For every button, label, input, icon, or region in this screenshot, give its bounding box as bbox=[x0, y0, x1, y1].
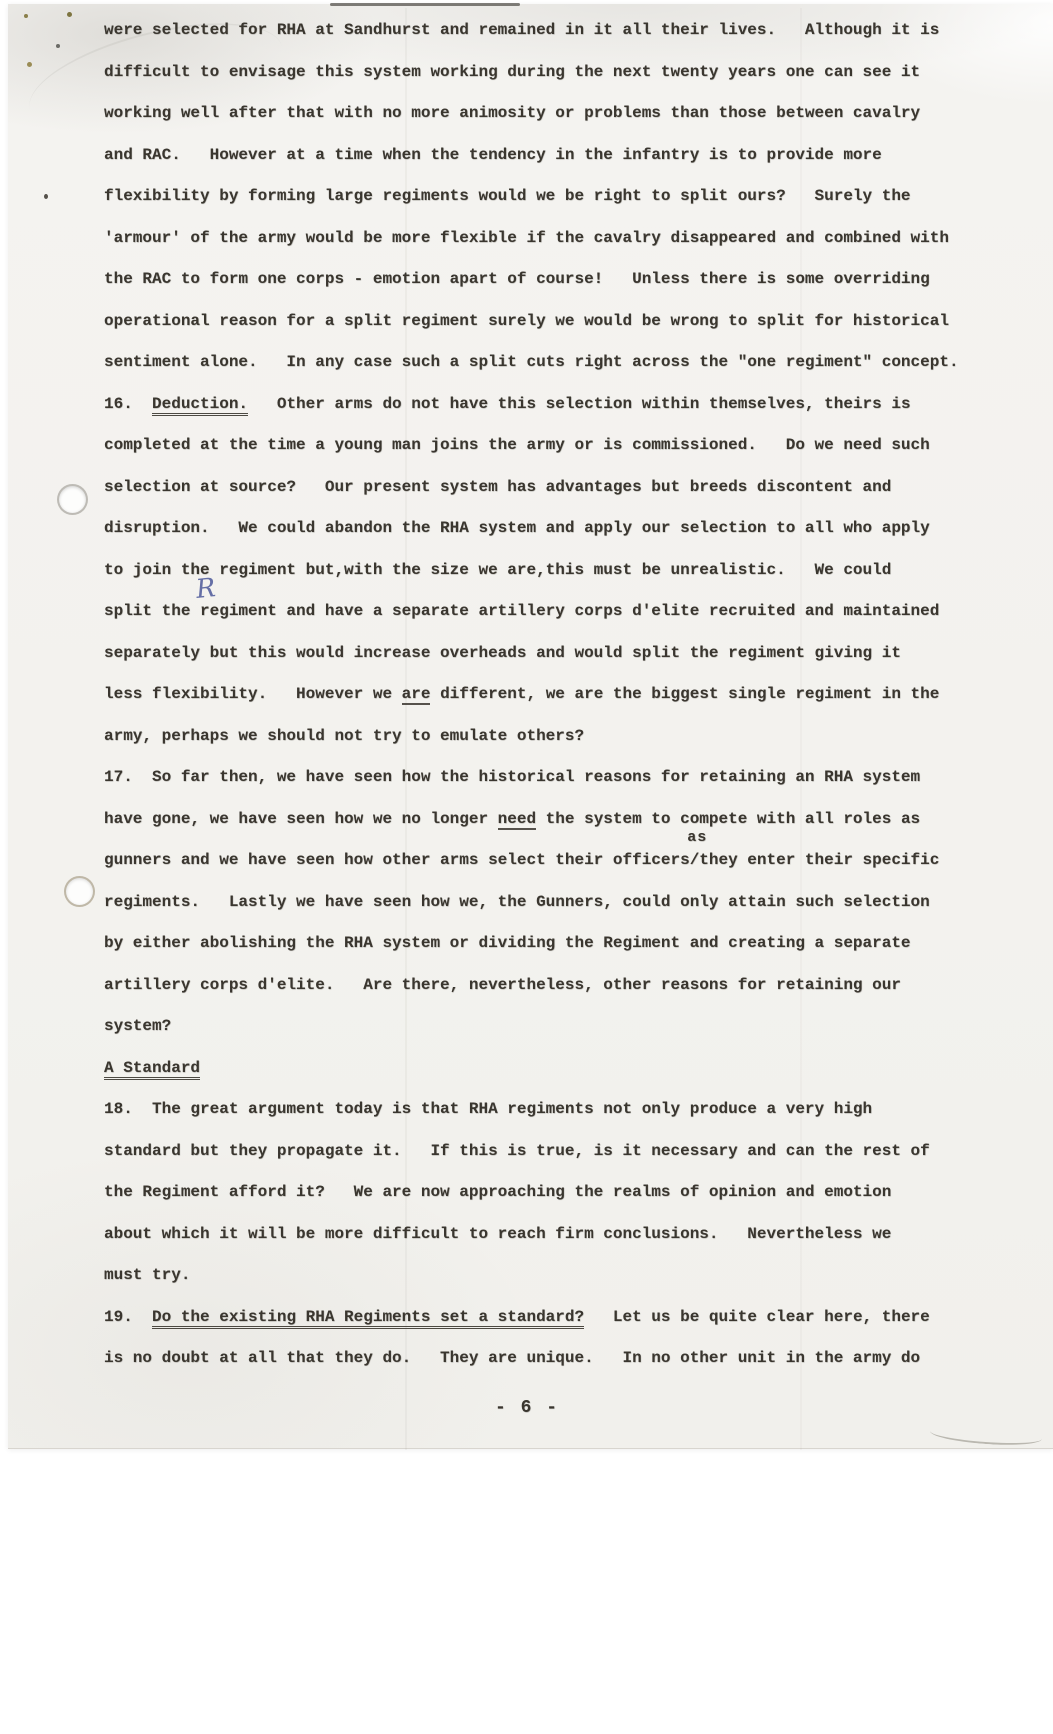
text-line: less flexibility. However we are differe… bbox=[104, 674, 964, 716]
punch-hole bbox=[59, 486, 86, 513]
text-line: to join the regiment but,with the size w… bbox=[104, 550, 964, 592]
text-segment: gunners and we have seen how other arms … bbox=[104, 851, 699, 869]
text-segment: operational reason for a split regiment … bbox=[104, 312, 949, 330]
text-segment: system? bbox=[104, 1017, 171, 1035]
text-line: split the regimentR and have a separate … bbox=[104, 591, 964, 633]
text-line: 17. So far then, we have seen how the hi… bbox=[104, 757, 964, 799]
text-line: must try. bbox=[104, 1255, 964, 1297]
text-segment: standard but they propagate it. If this … bbox=[104, 1142, 930, 1160]
typed-insertion: as bbox=[687, 830, 707, 845]
scanned-document-photo: were selected for RHA at Sandhurst and r… bbox=[0, 0, 1053, 1734]
text-segment: Do the existing RHA Regiments set a stan… bbox=[152, 1308, 584, 1329]
text-segment: 17. So far then, we have seen how the hi… bbox=[104, 768, 920, 786]
text-line: gunners and we have seen how other arms … bbox=[104, 840, 964, 882]
text-segment: by either abolishing the RHA system or d… bbox=[104, 934, 911, 952]
text-segment: have gone, we have seen how we no longer bbox=[104, 810, 498, 828]
text-line: the RAC to form one corps - emotion apar… bbox=[104, 259, 964, 301]
text-segment: about which it will be more difficult to… bbox=[104, 1225, 891, 1243]
text-line: the Regiment afford it? We are now appro… bbox=[104, 1172, 964, 1214]
text-segment: 16. bbox=[104, 395, 152, 413]
text-line: completed at the time a young man joins … bbox=[104, 425, 964, 467]
typewritten-text-block: were selected for RHA at Sandhurst and r… bbox=[104, 10, 964, 1380]
text-segment: less flexibility. However we bbox=[104, 685, 402, 703]
text-line: separately but this would increase overh… bbox=[104, 633, 964, 675]
text-line: A Standard bbox=[104, 1048, 964, 1090]
text-segment: Other arms do not have this selection wi… bbox=[248, 395, 911, 413]
staple-mark bbox=[56, 44, 60, 48]
text-segment: are bbox=[402, 685, 431, 705]
text-segment: separately but this would increase overh… bbox=[104, 644, 901, 662]
text-segment: 18. The great argument today is that RHA… bbox=[104, 1100, 872, 1118]
text-line: regiments. Lastly we have seen how we, t… bbox=[104, 882, 964, 924]
text-line: is no doubt at all that they do. They ar… bbox=[104, 1338, 964, 1380]
text-line: difficult to envisage this system workin… bbox=[104, 52, 964, 94]
text-line: selection at source? Our present system … bbox=[104, 467, 964, 509]
text-line: 19. Do the existing RHA Regiments set a … bbox=[104, 1297, 964, 1339]
text-line: disruption. We could abandon the RHA sys… bbox=[104, 508, 964, 550]
text-segment: army, perhaps we should not try to emula… bbox=[104, 727, 584, 745]
text-segment: Deduction. bbox=[152, 395, 248, 416]
text-line: by either abolishing the RHA system or d… bbox=[104, 923, 964, 965]
text-line: sentiment alone. In any case such a spli… bbox=[104, 342, 964, 384]
paper-edge-shadow bbox=[330, 3, 520, 6]
text-segment: must try. bbox=[104, 1266, 190, 1284]
text-segment: working well after that with no more ani… bbox=[104, 104, 920, 122]
text-segment: enter their specific bbox=[738, 851, 940, 869]
punch-hole bbox=[66, 878, 93, 905]
text-line: have gone, we have seen how we no longer… bbox=[104, 799, 964, 841]
handwritten-correction: R bbox=[195, 575, 217, 603]
text-segment: artillery corps d'elite. Are there, neve… bbox=[104, 976, 901, 994]
text-segment: the system to compete with all roles as bbox=[536, 810, 920, 828]
text-segment: different, we are the biggest single reg… bbox=[430, 685, 939, 703]
text-line: and RAC. However at a time when the tend… bbox=[104, 135, 964, 177]
text-segment: 'armour' of the army would be more flexi… bbox=[104, 229, 949, 247]
text-segment: regiments. Lastly we have seen how we, t… bbox=[104, 893, 930, 911]
text-segment: need bbox=[498, 810, 536, 830]
staple-mark bbox=[27, 62, 32, 67]
text-segment: selection at source? Our present system … bbox=[104, 478, 891, 496]
text-segment: the Regiment afford it? We are now appro… bbox=[104, 1183, 891, 1201]
text-line: about which it will be more difficult to… bbox=[104, 1214, 964, 1256]
text-line: 'armour' of the army would be more flexi… bbox=[104, 218, 964, 260]
text-line: army, perhaps we should not try to emula… bbox=[104, 716, 964, 758]
text-segment: 19. bbox=[104, 1308, 152, 1326]
text-segment: split the bbox=[104, 602, 200, 620]
text-segment: is no doubt at all that they do. They ar… bbox=[104, 1349, 920, 1367]
text-segment: disruption. We could abandon the RHA sys… bbox=[104, 519, 930, 537]
text-segment: and have a separate artillery corps d'el… bbox=[277, 602, 940, 620]
text-segment: Let us be quite clear here, there bbox=[584, 1308, 930, 1326]
text-segment: were selected for RHA at Sandhurst and r… bbox=[104, 21, 939, 39]
text-line: system? bbox=[104, 1006, 964, 1048]
text-line: working well after that with no more ani… bbox=[104, 93, 964, 135]
text-segment: sentiment alone. In any case such a spli… bbox=[104, 353, 959, 371]
text-line: were selected for RHA at Sandhurst and r… bbox=[104, 10, 964, 52]
text-segment: completed at the time a young man joins … bbox=[104, 436, 930, 454]
text-line: 18. The great argument today is that RHA… bbox=[104, 1089, 964, 1131]
staple-mark bbox=[67, 12, 72, 17]
text-segment: A Standard bbox=[104, 1059, 200, 1080]
text-segment: and RAC. However at a time when the tend… bbox=[104, 146, 882, 164]
text-segment: flexibility by forming large regiments w… bbox=[104, 187, 911, 205]
paper-speck bbox=[44, 194, 48, 199]
text-segment: regimentR bbox=[200, 602, 277, 620]
text-segment: the RAC to form one corps - emotion apar… bbox=[104, 270, 930, 288]
staple-mark bbox=[24, 14, 28, 18]
text-line: 16. Deduction. Other arms do not have th… bbox=[104, 384, 964, 426]
text-line: flexibility by forming large regiments w… bbox=[104, 176, 964, 218]
text-line: standard but they propagate it. If this … bbox=[104, 1131, 964, 1173]
text-segment: difficult to envisage this system workin… bbox=[104, 63, 920, 81]
page-number: - 6 - bbox=[104, 1398, 950, 1418]
text-line: operational reason for a split regiment … bbox=[104, 301, 964, 343]
text-segment: to join the regiment but,with the size w… bbox=[104, 561, 891, 579]
text-line: artillery corps d'elite. Are there, neve… bbox=[104, 965, 964, 1007]
text-segment: theyas bbox=[699, 851, 737, 869]
